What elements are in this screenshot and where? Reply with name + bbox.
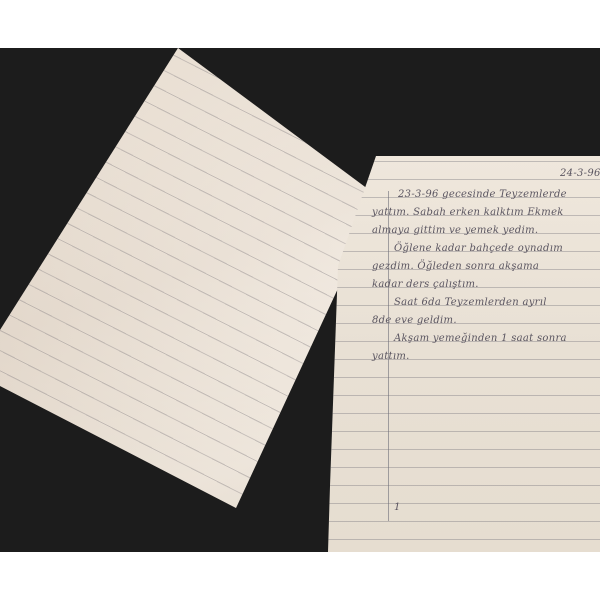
- handwritten-line: 23-3-96 gecesinde Teyzemlerde: [398, 189, 567, 200]
- handwritten-line: yattım.: [372, 351, 410, 362]
- handwritten-line: gezdim. Öğleden sonra akşama: [372, 261, 539, 272]
- entry-date: 24-3-96: [560, 168, 600, 179]
- handwritten-line: yattım. Sabah erken kalktım Ekmek: [372, 207, 564, 218]
- margin-mark: 1: [394, 502, 401, 513]
- handwritten-line: Saat 6da Teyzemlerden ayrıl: [394, 297, 547, 308]
- handwritten-line: Akşam yemeğinden 1 saat sonra: [394, 333, 567, 344]
- handwritten-line: 8de eve geldim.: [372, 315, 457, 326]
- right-notebook-page: 24-3-96 23-3-96 gecesinde Teyzemlerde ya…: [328, 156, 600, 552]
- photo-background: 24-3-96 23-3-96 gecesinde Teyzemlerde ya…: [0, 48, 600, 552]
- handwritten-line: kadar ders çalıştım.: [372, 279, 479, 290]
- handwritten-line: Öğlene kadar bahçede oynadım: [394, 243, 563, 254]
- handwritten-line: almaya gittim ve yemek yedim.: [372, 225, 538, 236]
